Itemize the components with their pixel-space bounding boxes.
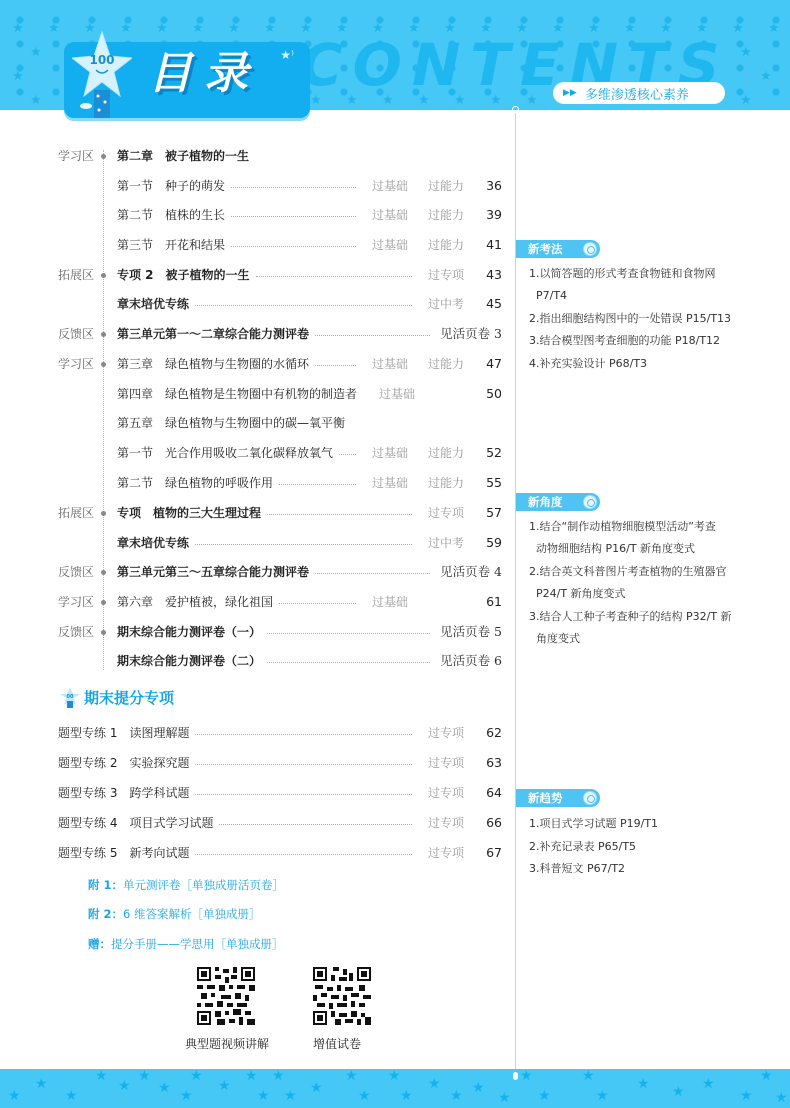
- sidebar-tab: 新角度: [516, 493, 600, 511]
- drill-entry[interactable]: 题型专练 1 读图理解题过专项62: [58, 724, 502, 742]
- dot-leader: [195, 734, 412, 735]
- zone-bullet: [101, 273, 106, 278]
- page-number: 63: [474, 754, 502, 772]
- dot-leader: [195, 794, 412, 795]
- sidebar-line: 1.结合“制作动植物细胞模型活动”考查: [529, 518, 716, 536]
- page-number: 43: [474, 266, 502, 284]
- page-number: 39: [474, 206, 502, 224]
- sidebar-line: 2.补充记录表 P65/T5: [529, 838, 636, 856]
- sidebar-tab: 新趋势: [516, 789, 600, 807]
- toc-entry[interactable]: 第四章 绿色植物是生物圈中有机物的制造者过基础50: [117, 385, 502, 403]
- page-number: 64: [474, 784, 502, 802]
- toc-entry-title: 第五章 绿色植物与生物圈中的碳—氧平衡: [117, 414, 345, 432]
- toc-entry-title: 第一节 种子的萌发: [117, 177, 225, 195]
- paper-reference: 见活页卷 4: [436, 563, 502, 581]
- paper-reference: 见活页卷 6: [436, 652, 502, 670]
- dot-leader: [195, 544, 412, 545]
- badge-icon: [583, 495, 597, 509]
- practice-tag: 过专项: [428, 814, 474, 832]
- zone-label: 拓展区: [58, 505, 94, 521]
- dot-leader: [256, 276, 412, 277]
- practice-tag: 过能力: [428, 474, 474, 492]
- drill-title: 题型专练 4 项目式学习试题: [58, 814, 213, 832]
- practice-tag: 过基础: [372, 177, 418, 195]
- zone-bullet: [101, 600, 106, 605]
- final-section-title: 期末提分专项: [84, 687, 174, 708]
- sidebar-tab: 新考法: [516, 240, 600, 258]
- dot-leader: [315, 365, 356, 366]
- qr-code-bonus-paper[interactable]: [313, 967, 371, 1025]
- toc-entry-title: 第六章 爱护植被，绿化祖国: [117, 593, 273, 611]
- dot-leader: [231, 216, 356, 217]
- toc-entry-title: 第三节 开花和结果: [117, 236, 225, 254]
- page-number: 36: [474, 177, 502, 195]
- badge-icon: [583, 242, 597, 256]
- dot-leader: [267, 662, 430, 663]
- sidebar-line: 1.以简答题的形式考查食物链和食物网: [529, 265, 716, 283]
- dot-leader: [231, 246, 356, 247]
- page-number: 47: [474, 355, 502, 373]
- practice-tag: 过基础: [379, 385, 422, 403]
- drill-title: 题型专练 2 实验探究题: [58, 754, 189, 772]
- divider-cap-top: [512, 106, 519, 113]
- svg-text:00: 00: [67, 694, 74, 700]
- toc-entry[interactable]: 专项 2 被子植物的一生过专项43: [117, 266, 502, 284]
- sidebar-line: P24/T 新角度变式: [536, 585, 626, 603]
- appendix-text: 6 维答案解析［单独成册］: [123, 907, 260, 921]
- page-number: 67: [474, 844, 502, 862]
- page-number: 66: [474, 814, 502, 832]
- appendix-label: 赠：: [88, 937, 111, 951]
- toc-entry[interactable]: 第三单元第一～二章综合能力测评卷见活页卷 3: [117, 325, 502, 343]
- toc-entry-title: 章末培优专练: [117, 295, 189, 313]
- drill-entry[interactable]: 题型专练 4 项目式学习试题过专项66: [58, 814, 502, 832]
- zone-bullet: [101, 570, 106, 575]
- slogan-text: 多维渗透核心素养: [585, 84, 689, 103]
- drill-title: 题型专练 1 读图理解题: [58, 724, 189, 742]
- page-number: 61: [474, 593, 502, 611]
- practice-tag: 过能力: [428, 355, 474, 373]
- zone-label: 学习区: [58, 148, 94, 164]
- dot-leader: [339, 454, 356, 455]
- toc-entry[interactable]: 第二章 被子植物的一生: [117, 147, 502, 165]
- practice-tag: 过专项: [428, 784, 474, 802]
- toc-entry-title: 期末综合能力测评卷（一）: [117, 623, 261, 641]
- appendix-item: 附 2：6 维答案解析［单独成册］: [88, 906, 261, 922]
- sidebar-line: P7/T4: [536, 287, 567, 305]
- sidebar-line: 动物细胞结构 P16/T 新角度变式: [536, 540, 695, 558]
- dot-leader: [267, 633, 430, 634]
- page-number: 41: [474, 236, 502, 254]
- sidebar-line: 3.结合模型图考查细胞的功能 P18/T12: [529, 332, 720, 350]
- final-section-heading: 00 期末提分专项: [60, 686, 174, 708]
- toc-entry[interactable]: 章末培优专练过中考45: [117, 295, 502, 313]
- toc-entry-title: 第二章 被子植物的一生: [117, 147, 249, 165]
- zone-label: 反馈区: [58, 624, 94, 640]
- practice-tag: 过基础: [372, 206, 418, 224]
- double-arrow-icon: ▶▶: [563, 88, 577, 98]
- toc-entry[interactable]: 第三章 绿色植物与生物圈的水循环过基础过能力47: [117, 355, 502, 373]
- practice-tag: 过基础: [372, 593, 418, 611]
- toc-entry-title: 第三章 绿色植物与生物圈的水循环: [117, 355, 309, 373]
- practice-tag: 过基础: [372, 474, 418, 492]
- toc-entry-title: 专项 2 被子植物的一生: [117, 266, 250, 284]
- page-number: 52: [474, 444, 502, 462]
- zone-bullet: [101, 362, 106, 367]
- zone-bullet: [101, 154, 106, 159]
- zone-label: 反馈区: [58, 326, 94, 342]
- toc-entry-title: 第一节 光合作用吸收二氧化碳释放氧气: [117, 444, 333, 462]
- dot-leader: [231, 187, 356, 188]
- page-number: 62: [474, 724, 502, 742]
- practice-tag: 过能力: [428, 444, 474, 462]
- page-number: 45: [474, 295, 502, 313]
- practice-tag: 过专项: [428, 504, 474, 522]
- appendix-text: 单元测评卷［单独成册活页卷］: [123, 878, 284, 892]
- zone-label: 反馈区: [58, 564, 94, 580]
- svg-text:100: 100: [89, 53, 114, 67]
- toc-entry[interactable]: 专项 植物的三大生理过程过专项57: [117, 504, 502, 522]
- zone-timeline: [103, 150, 104, 670]
- badge-icon: [583, 791, 597, 805]
- sidebar-tab-label: 新考法: [528, 242, 563, 256]
- appendix-label: 附 2：: [88, 907, 123, 921]
- drill-entry[interactable]: 题型专练 3 跨学科试题过专项64: [58, 784, 502, 802]
- appendix-label: 附 1：: [88, 878, 123, 892]
- drill-title: 题型专练 3 跨学科试题: [58, 784, 189, 802]
- toc-entry[interactable]: 第六章 爱护植被，绿化祖国过基础61: [117, 593, 502, 611]
- zone-bullet: [101, 511, 106, 516]
- mascot-mini-icon: 00: [60, 686, 80, 708]
- toc-entry-title: 第二节 绿色植物的呼吸作用: [117, 474, 273, 492]
- drill-entry[interactable]: 题型专练 2 实验探究题过专项63: [58, 754, 502, 772]
- toc-entry[interactable]: 第二节 植株的生长过基础过能力39: [117, 206, 502, 224]
- appendix-item: 附 1：单元测评卷［单独成册活页卷］: [88, 877, 284, 893]
- practice-tag: 过基础: [372, 355, 418, 373]
- practice-tag: 过专项: [428, 754, 474, 772]
- toc-entry[interactable]: 期末综合能力测评卷（二）见活页卷 6: [117, 652, 502, 670]
- sidebar-line: 3.科普短文 P67/T2: [529, 860, 625, 878]
- practice-tag: 过能力: [428, 236, 474, 254]
- paper-reference: 见活页卷 5: [436, 623, 502, 641]
- sidebar-line: 3.结合人工种子考查种子的结构 P32/T 新: [529, 608, 732, 626]
- toc-entry[interactable]: 章末培优专练过中考59: [117, 534, 502, 552]
- practice-tag: 过中考: [428, 295, 474, 313]
- dot-leader: [315, 573, 430, 574]
- appendix-text: 提分手册——学思用［单独成册］: [111, 937, 284, 951]
- zone-bullet: [101, 332, 106, 337]
- toc-entry-title: 期末综合能力测评卷（二）: [117, 652, 261, 670]
- zone-bullet: [101, 630, 106, 635]
- toc-entry-title: 专项 植物的三大生理过程: [117, 504, 261, 522]
- sparkle-icon: ★⁾: [280, 48, 294, 62]
- practice-tag: 过专项: [428, 266, 474, 284]
- practice-tag: 过能力: [428, 206, 474, 224]
- zone-label: 学习区: [58, 356, 94, 372]
- practice-tag: 过基础: [372, 444, 418, 462]
- zone-label: 学习区: [58, 594, 94, 610]
- divider-cap-bottom: [513, 1072, 518, 1080]
- drill-title: 题型专练 5 新考向试题: [58, 844, 189, 862]
- toc-entry[interactable]: 第五章 绿色植物与生物圈中的碳—氧平衡: [117, 414, 502, 432]
- page-number: 57: [474, 504, 502, 522]
- toc-entry-title: 章末培优专练: [117, 534, 189, 552]
- toc-entry[interactable]: 第三节 开花和结果过基础过能力41: [117, 236, 502, 254]
- sidebar-line: 角度变式: [536, 630, 580, 648]
- dot-leader: [279, 484, 356, 485]
- sidebar-line: 1.项目式学习试题 P19/T1: [529, 815, 658, 833]
- toc-entry-title: 第三单元第一～二章综合能力测评卷: [117, 325, 309, 343]
- page-number: 55: [474, 474, 502, 492]
- toc-entry[interactable]: 期末综合能力测评卷（一）见活页卷 5: [117, 623, 502, 641]
- dot-leader: [315, 335, 430, 336]
- qr-caption-video: 典型题视频讲解: [185, 1035, 269, 1052]
- practice-tag: 过中考: [428, 534, 474, 552]
- sidebar-line: 4.补充实验设计 P68/T3: [529, 355, 647, 373]
- sidebar-line: 2.结合英文科普图片考查植物的生殖器官: [529, 563, 727, 581]
- qr-code-video[interactable]: [197, 967, 255, 1025]
- footer-banner: ★★★ ★★★ ★★★ ★★★ ★★★ ★★★ ★★★ ★★★ ★★★ ★★★ …: [0, 1069, 790, 1108]
- dot-leader: [267, 514, 412, 515]
- page-title: 目录: [148, 52, 260, 96]
- practice-tag: 过能力: [428, 177, 474, 195]
- paper-reference: 见活页卷 3: [436, 325, 502, 343]
- dot-leader: [195, 764, 412, 765]
- toc-entry[interactable]: 第一节 光合作用吸收二氧化碳释放氧气过基础过能力52: [117, 444, 502, 462]
- qr-caption-bonus: 增值试卷: [313, 1035, 361, 1052]
- practice-tag: 过专项: [428, 844, 474, 862]
- sidebar-line: 2.指出细胞结构图中的一处错误 P15/T13: [529, 310, 731, 328]
- zone-label: 拓展区: [58, 267, 94, 283]
- toc-entry-title: 第二节 植株的生长: [117, 206, 225, 224]
- practice-tag: 过基础: [372, 236, 418, 254]
- toc-entry-title: 第四章 绿色植物是生物圈中有机物的制造者: [117, 385, 357, 403]
- dot-leader: [195, 854, 412, 855]
- sidebar-tab-label: 新趋势: [528, 791, 563, 805]
- dot-leader: [279, 603, 356, 604]
- slogan-pill: ▶▶ 多维渗透核心素养: [553, 82, 725, 104]
- toc-entry-title: 第三单元第三～五章综合能力测评卷: [117, 563, 309, 581]
- toc-entry[interactable]: 第一节 种子的萌发过基础过能力36: [117, 177, 502, 195]
- toc-entry[interactable]: 第三单元第三～五章综合能力测评卷见活页卷 4: [117, 563, 502, 581]
- page-number: 50: [476, 385, 502, 403]
- dot-leader: [219, 824, 412, 825]
- drill-entry[interactable]: 题型专练 5 新考向试题过专项67: [58, 844, 502, 862]
- practice-tag: 过专项: [428, 724, 474, 742]
- dot-leader: [195, 305, 412, 306]
- star-mascot-icon: 100: [72, 30, 132, 120]
- toc-entry[interactable]: 第二节 绿色植物的呼吸作用过基础过能力55: [117, 474, 502, 492]
- page-number: 59: [474, 534, 502, 552]
- sidebar-tab-label: 新角度: [528, 495, 563, 509]
- appendix-item: 赠：提分手册——学思用［单独成册］: [88, 936, 284, 952]
